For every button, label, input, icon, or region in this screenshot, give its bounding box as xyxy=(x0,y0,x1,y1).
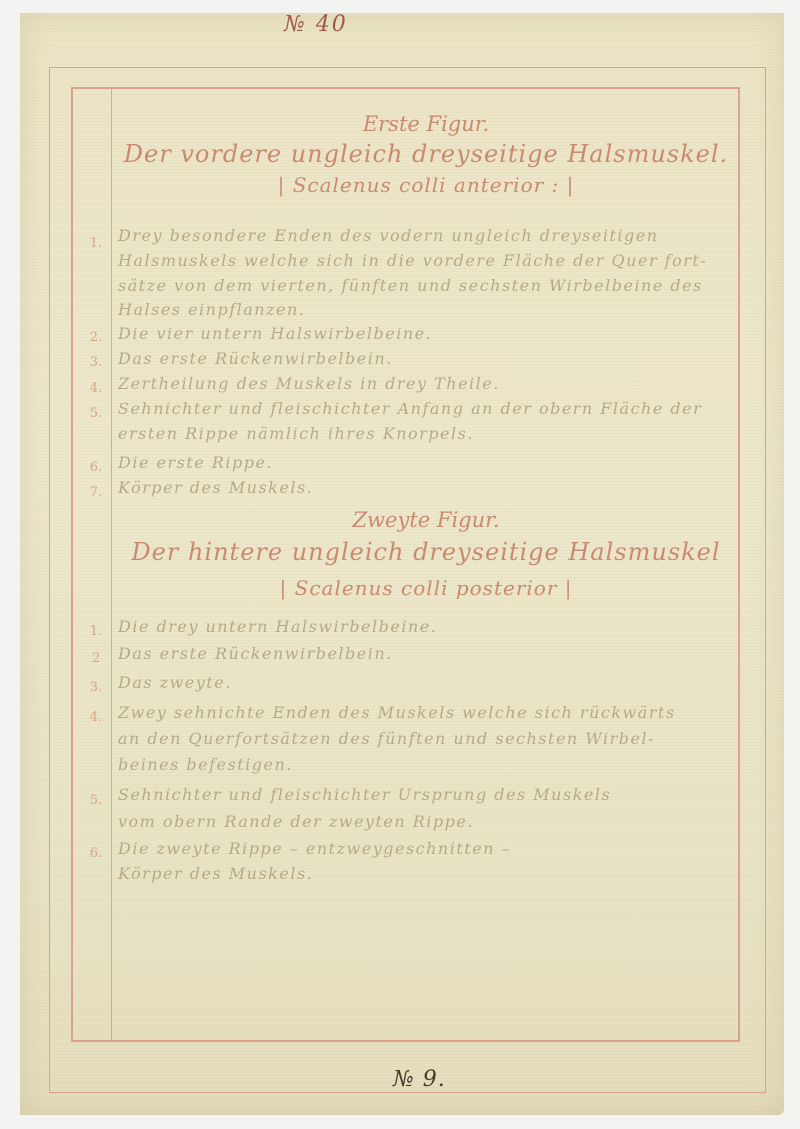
section2-title: Der hintere ungleich dreyseitige Halsmus… xyxy=(112,538,740,566)
item-text-line: Halsmuskels welche sich in die vordere F… xyxy=(118,251,707,270)
item-text-line: Körper des Muskels. xyxy=(118,864,313,883)
item-number: 4. xyxy=(86,381,106,396)
item-text-line: Zertheilung des Muskels in drey Theile. xyxy=(118,374,500,393)
item-number: 1. xyxy=(86,236,106,251)
item-number: 2 xyxy=(86,651,106,666)
item-text-line: beines befestigen. xyxy=(118,755,293,774)
item-number: 7. xyxy=(86,485,106,500)
item-number: 3. xyxy=(86,680,106,695)
item-number: 6. xyxy=(86,846,106,861)
item-number: 4. xyxy=(86,710,106,725)
item-text-line: Drey besondere Enden des vodern ungleich… xyxy=(118,226,659,245)
item-text-line: Körper des Muskels. xyxy=(118,478,313,497)
item-text-line: sätze von dem vierten, fünften und sechs… xyxy=(118,276,703,295)
item-text-line: vom obern Rande der zweyten Rippe. xyxy=(118,812,474,831)
item-text-line: ersten Rippe nämlich ihres Knorpels. xyxy=(118,424,474,443)
item-text-line: Das erste Rückenwirbelbein. xyxy=(118,644,393,663)
item-text-line: Die erste Rippe. xyxy=(118,453,273,472)
item-number: 1. xyxy=(86,624,106,639)
folio-number-top: № 40 xyxy=(284,12,348,37)
item-text-line: Das erste Rückenwirbelbein. xyxy=(118,349,393,368)
item-text-line: Das zweyte. xyxy=(118,673,232,692)
item-number: 5. xyxy=(86,406,106,421)
section2-figure-heading: Zweyte Figur. xyxy=(112,508,740,532)
item-text-line: an den Querfortsätzen des fünften und se… xyxy=(118,729,655,748)
item-text-line: Sehnichter und fleischichter Ursprung de… xyxy=(118,785,611,804)
item-text-line: Die vier untern Halswirbelbeine. xyxy=(118,324,432,343)
item-text-line: Sehnichter und fleischichter Anfang an d… xyxy=(118,399,702,418)
section2-latin-name: | Scalenus colli posterior | xyxy=(112,576,740,600)
item-number: 3. xyxy=(86,355,106,370)
item-text-line: Halses einpflanzen. xyxy=(118,300,305,319)
item-text-line: Zwey sehnichte Enden des Muskels welche … xyxy=(118,703,676,722)
item-number: 5. xyxy=(86,793,106,808)
section1-figure-heading: Erste Figur. xyxy=(112,112,740,136)
folio-number-bottom: № 9. xyxy=(393,1067,446,1092)
section1-latin-name: | Scalenus colli anterior : | xyxy=(112,173,740,197)
item-text-line: Die zweyte Rippe – entzweygeschnitten – xyxy=(118,839,511,858)
item-text-line: Die drey untern Halswirbelbeine. xyxy=(118,617,437,636)
item-number: 2. xyxy=(86,330,106,345)
section1-title: Der vordere ungleich dreyseitige Halsmus… xyxy=(112,140,740,168)
item-number: 6. xyxy=(86,460,106,475)
